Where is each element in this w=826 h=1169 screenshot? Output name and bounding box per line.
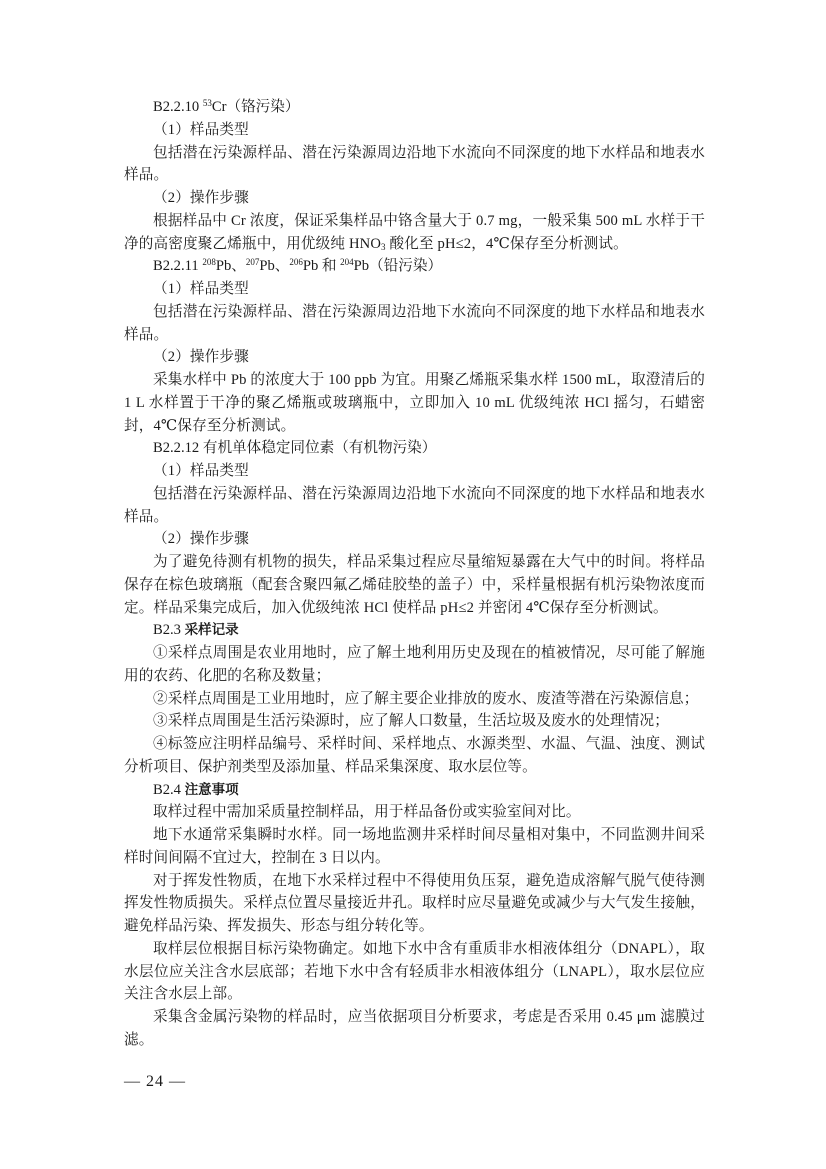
paragraph: 采集含金属污染物的样品时，应当依据项目分析要求，考虑是否采用 0.45 μm 滤… (124, 1006, 705, 1052)
subheading-procedure: （2）操作步骤 (124, 528, 705, 551)
paragraph: 根据样品中 Cr 浓度，保证采集样品中铬含量大于 0.7 mg，一般采集 500… (124, 210, 705, 256)
subheading-procedure: （2）操作步骤 (124, 346, 705, 369)
paragraph: 取样层位根据目标污染物确定。如地下水中含有重质非水相液体组分（DNAPL），取水… (124, 938, 705, 1006)
document-page: B2.2.10 53Cr（铬污染） （1）样品类型 包括潜在污染源样品、潜在污染… (124, 96, 705, 1052)
section-heading-b2-2-10: B2.2.10 53Cr（铬污染） (124, 96, 705, 119)
paragraph: 为了避免待测有机物的损失，样品采集过程应尽量缩短暴露在大气中的时间。将样品保存在… (124, 551, 705, 619)
list-item: ①采样点周围是农业用地时，应了解土地利用历史及现在的植被情况，尽可能了解施用的农… (124, 642, 705, 688)
paragraph: 包括潜在污染源样品、潜在污染源周边沿地下水流向不同深度的地下水样品和地表水样品。 (124, 483, 705, 529)
paragraph: 包括潜在污染源样品、潜在污染源周边沿地下水流向不同深度的地下水样品和地表水样品。 (124, 301, 705, 347)
paragraph: 地下水通常采集瞬时水样。同一场地监测井采样时间尽量相对集中，不同监测井间采样时间… (124, 824, 705, 870)
section-heading-b2-4: B2.4 注意事项 (124, 779, 705, 802)
subheading-procedure: （2）操作步骤 (124, 187, 705, 210)
list-item: ④标签应注明样品编号、采样时间、采样地点、水源类型、水温、气温、浊度、测试分析项… (124, 733, 705, 779)
subheading-sample-type: （1）样品类型 (124, 278, 705, 301)
subheading-sample-type: （1）样品类型 (124, 119, 705, 142)
list-item: ③采样点周围是生活污染源时，应了解人口数量，生活垃圾及废水的处理情况； (124, 710, 705, 733)
paragraph: 取样过程中需加采质量控制样品，用于样品备份或实验室间对比。 (124, 801, 705, 824)
paragraph: 采集水样中 Pb 的浓度大于 100 ppb 为宜。用聚乙烯瓶采集水样 1500… (124, 369, 705, 437)
subheading-sample-type: （1）样品类型 (124, 460, 705, 483)
section-heading-b2-3: B2.3 采样记录 (124, 619, 705, 642)
paragraph: 包括潜在污染源样品、潜在污染源周边沿地下水流向不同深度的地下水样品和地表水样品。 (124, 142, 705, 188)
page-number: — 24 — (124, 1073, 186, 1091)
section-heading-b2-2-11: B2.2.11 208Pb、207Pb、206Pb 和 204Pb（铅污染） (124, 255, 705, 278)
list-item: ②采样点周围是工业用地时，应了解主要企业排放的废水、废渣等潜在污染源信息； (124, 688, 705, 711)
section-heading-b2-2-12: B2.2.12 有机单体稳定同位素（有机物污染） (124, 437, 705, 460)
paragraph: 对于挥发性物质，在地下水采样过程中不得使用负压泵，避免造成溶解气脱气使待测挥发性… (124, 870, 705, 938)
